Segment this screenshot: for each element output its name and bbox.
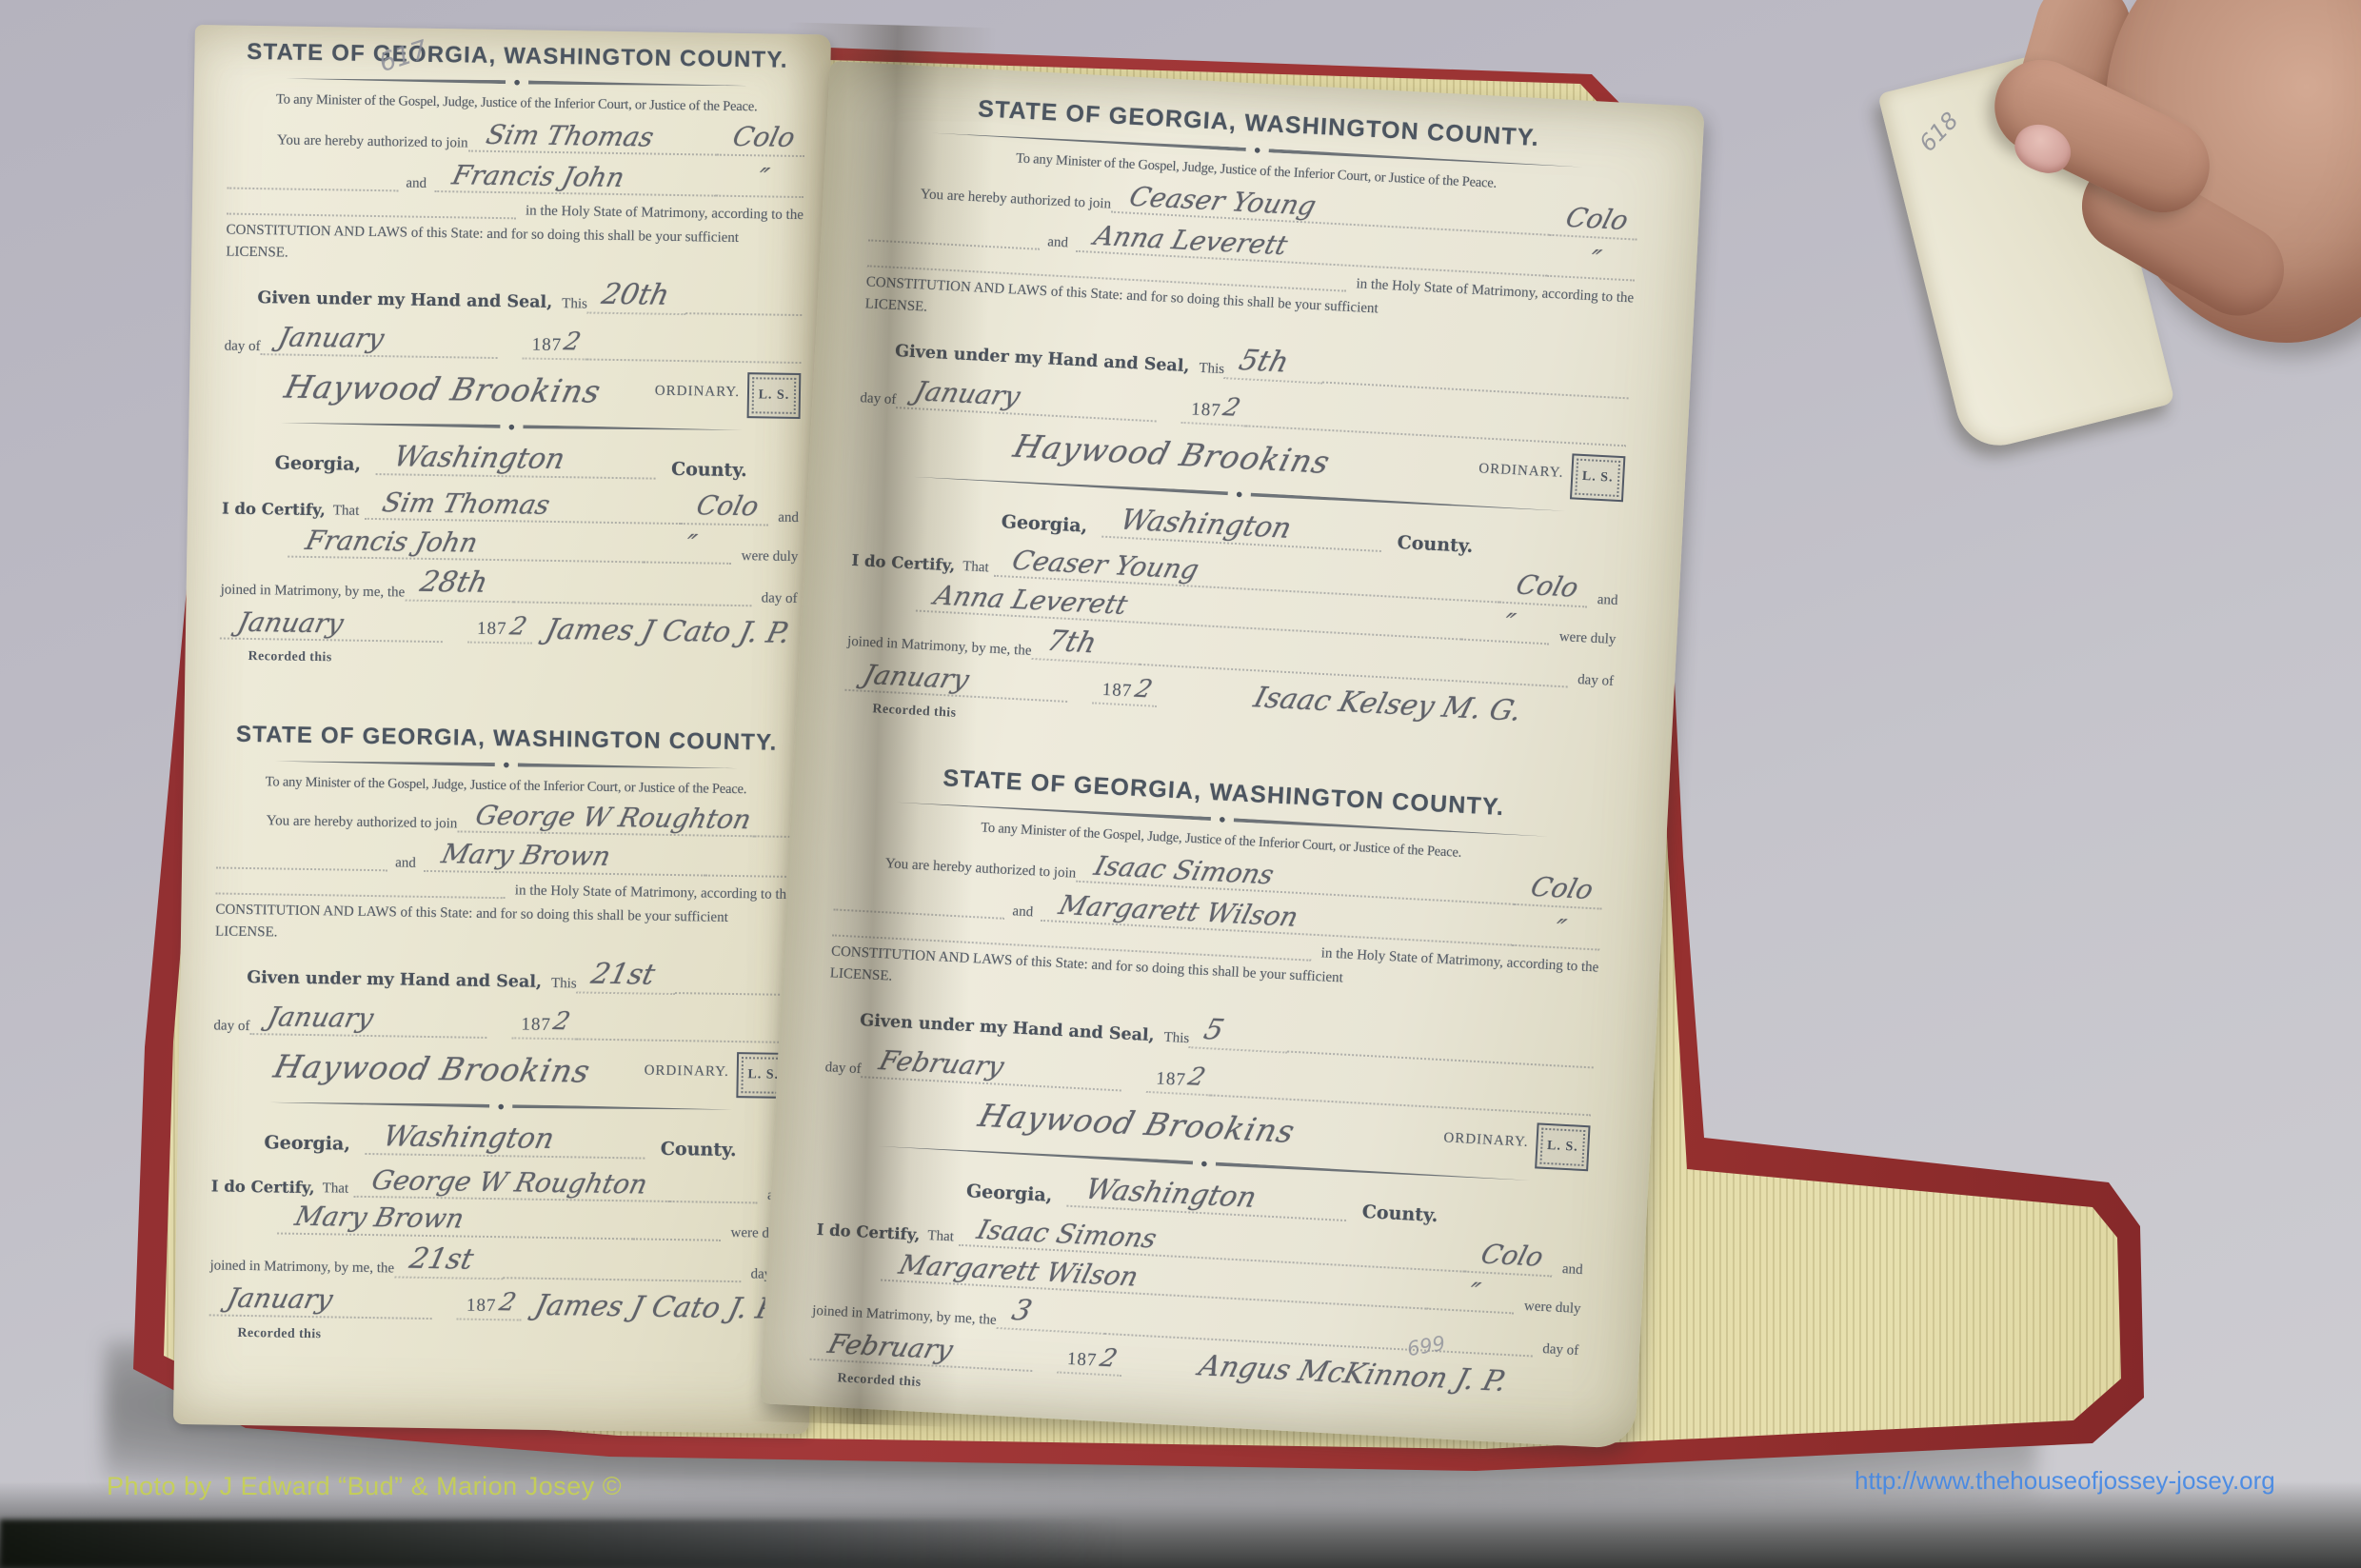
year-digit: 2 [1097,1346,1120,1373]
license-day: 21st [577,959,684,994]
recorded-label: Recorded this [248,649,796,673]
ordinary-signature: Haywood Brookins [224,370,663,410]
marriage-record-sim-thomas: STATE OF GEORGIA, WASHINGTON COUNTY. ● T… [219,39,805,674]
constitution-line: CONSTITUTION AND LAWS of this State: and… [215,902,792,927]
recorded-label: Recorded this [237,1326,785,1350]
ornament-divider: ● [275,757,738,772]
joined-label: joined in Matrimony, by me, the [812,1303,997,1329]
bride-name-certified: Francis John [303,526,480,557]
this-label: This [562,296,587,312]
groom-note-certified: Colo [1514,571,1582,602]
license-day: 5 [1189,1014,1297,1052]
married-day: 3 [996,1296,1113,1335]
georgia-label: Georgia, [275,453,362,475]
day-of-label: day of [860,390,897,408]
year-printed: 187 [521,1014,551,1035]
bride-note: ″ [1551,915,1568,943]
ordinary-label: ORDINARY. [645,1063,729,1081]
ruled-blank [227,171,398,192]
bride-row: and Francis John ″ [227,156,804,199]
ruled-blank [868,224,1041,250]
ruled-blank [216,851,387,872]
day-of-label: day of [1577,672,1615,690]
married-month-row: January 187 2 James J Cato J. P. [220,607,797,648]
and-label: and [1012,903,1034,921]
groom-name: Ceaser Young [1126,182,1319,219]
this-label: This [1163,1030,1190,1047]
ruled-blank [676,976,792,996]
license-day: 20th [587,279,694,314]
hand [1963,0,2361,434]
that-label: That [927,1228,954,1245]
certify-blackletter: I do Certify, [816,1221,921,1244]
matrimony-row: in the Holy State of Matrimony, accordin… [227,197,804,224]
ruled-blank [1288,1035,1595,1069]
and-label: and [406,175,427,191]
groom-name: Sim Thomas [484,120,656,150]
year-digit: 2 [496,1291,518,1317]
that-label: That [322,1181,348,1198]
georgia-label: Georgia, [965,1181,1052,1206]
license-month: January [265,1003,376,1033]
record-header: STATE OF GEORGIA, WASHINGTON COUNTY. [218,722,795,758]
authorize-row: You are hereby authorized to join Sim Th… [228,115,804,158]
given-blackletter: Given under my Hand and Seal, [860,1011,1155,1045]
given-row: Given under my Hand and Seal, This 21st [214,953,791,996]
ruled-blank [227,197,516,220]
certify-blackletter: I do Certify, [211,1178,315,1198]
license-month: January [911,378,1023,411]
license-label: LICENSE. [226,244,803,269]
authorize-label: You are hereby authorized to join [277,132,468,151]
joined-label: joined in Matrimony, by me, the [847,633,1032,659]
married-day: 28th [405,567,521,603]
ruled-blank [1322,366,1629,400]
groom-note: Colo [1563,204,1632,234]
county-label: County. [1397,532,1474,557]
groom-note-certified: Colo [694,492,762,521]
license-month: January [276,324,387,353]
bride-name: Margarett Wilson [1056,891,1301,931]
georgia-label: Georgia, [1001,511,1087,537]
this-label: This [1199,361,1225,378]
license-month: February [876,1047,1006,1082]
day-of-label: day of [824,1060,862,1078]
marriage-record-ceaser-young: STATE OF GEORGIA, WASHINGTON COUNTY. ● T… [843,90,1642,756]
seal-text: L. S. [759,387,790,404]
year-group: 187 2 [1092,674,1159,707]
bride-note-certified: ″ [1466,1279,1483,1307]
marriage-record-isaac-simons: STATE OF GEORGIA, WASHINGTON COUNTY. ● T… [808,760,1607,1425]
year-group: 187 2 [1057,1343,1123,1377]
seal-text: L. S. [1547,1139,1578,1156]
certify-blackletter: I do Certify, [851,551,956,575]
given-row: Given under my Hand and Seal, This 20th [225,273,802,316]
ruled-blank [513,585,752,606]
floor-shadow [0,1519,1123,1568]
bride-row: and Mary Brown [216,837,793,878]
seal-ls-stamp: L. S. [1535,1122,1590,1171]
ordinary-signature-row: Haywood Brookins ORDINARY. L. S. [224,364,802,419]
address-line: To any Minister of the Gospel, Judge, Ju… [228,91,805,117]
groom-note: Colo [1528,873,1597,903]
bride-name-certified: Anna Leverett [931,582,1130,620]
license-date-row: day of January 187 2 [225,323,802,364]
year-digit: 2 [1132,677,1155,704]
and-right-label: and [1561,1261,1583,1279]
year-group: 187 2 [511,1009,577,1040]
ruled-blank [216,876,506,899]
groom-name-certified: Isaac Simons [975,1216,1161,1253]
matrimony-label: in the Holy State of Matrimony, accordin… [515,883,793,903]
this-label: This [551,976,577,992]
year-printed: 187 [1191,399,1222,422]
year-group: 187 2 [467,613,533,644]
married-day: 7th [1031,626,1148,665]
county-label: County. [661,1139,737,1161]
seal-text: L. S. [1582,469,1614,486]
day-of-label: day of [1542,1341,1579,1360]
were-duly-label: were duly [742,548,799,566]
license-date-row: day of January 187 2 [213,1002,790,1043]
day-of-label: day of [213,1018,249,1035]
day-of-label: day of [225,338,261,355]
ordinary-signature-row: Haywood Brookins ORDINARY. L. S. [212,1043,790,1099]
ruled-blank [576,1022,790,1042]
authorize-label: You are hereby authorized to join [884,856,1076,882]
groom-name-certified: Sim Thomas [380,488,552,519]
year-digit: 2 [1220,396,1243,423]
county-label: County. [1361,1201,1438,1226]
county-label: County. [671,459,747,481]
ruled-blank [587,342,802,363]
ruled-blank [503,1261,742,1283]
left-page: STATE OF GEORGIA, WASHINGTON COUNTY. ● T… [173,25,831,1434]
officiant-signature: James J Cato J. P. [532,614,804,648]
that-label: That [333,504,360,520]
year-printed: 187 [1101,680,1133,703]
seal-ls-stamp: L. S. [1570,453,1625,502]
ornament-divider: ● [280,419,743,434]
certify-blackletter: I do Certify, [222,500,326,520]
certify-row: I do Certify, That George W Roughton and [211,1163,788,1204]
county-name: Washington [1118,506,1295,544]
ordinary-label: ORDINARY. [1478,461,1564,482]
and-right-label: and [778,510,799,526]
marriage-record-george-roughton: STATE OF GEORGIA, WASHINGTON COUNTY. ● T… [208,722,795,1350]
photo-credit-watermark: Photo by J Edward “Bud” & Marion Josey © [107,1472,622,1501]
right-page: STATE OF GEORGIA, WASHINGTON COUNTY. ● T… [760,61,1705,1449]
given-blackletter: Given under my Hand and Seal, [895,342,1190,376]
ordinary-label: ORDINARY. [1443,1131,1529,1152]
married-month: February [825,1330,956,1364]
joined-row: joined in Matrimony, by me, the 28th day… [221,565,798,607]
married-month: January [225,1284,336,1314]
authorize-label: You are hereby authorized to join [267,814,458,833]
year-printed: 187 [532,334,563,355]
married-month-row: January 187 2 James J Cato J. P. [209,1284,786,1325]
groom-name: George W Roughton [472,802,753,834]
website-watermark: http://www.thehouseofjossey-josey.org [1855,1466,2275,1496]
and-label: and [1047,234,1069,251]
groom-name: Isaac Simons [1091,852,1277,889]
photo-of-record-book: STATE OF GEORGIA, WASHINGTON COUNTY. ● T… [0,0,2361,1568]
day-of-label: day of [762,590,798,607]
ruled-blank [833,893,1005,920]
ordinary-label: ORDINARY. [655,384,740,401]
year-printed: 187 [466,1295,497,1316]
georgia-label: Georgia, [264,1132,350,1154]
georgia-county-row: Georgia, Washington County. [223,439,800,482]
license-label: LICENSE. [215,923,792,949]
groom-note: Colo [730,123,798,151]
certify-bride-row: Mary Brown were duly [210,1201,787,1242]
year-digit: 2 [1185,1065,1208,1092]
year-digit: 2 [562,330,584,356]
certify-row: I do Certify, That Sim Thomas Colo and [222,485,799,527]
year-group: 187 2 [1180,393,1247,427]
ordinary-signature: Haywood Brookins [213,1050,652,1090]
groom-name-certified: Ceaser Young [1009,546,1201,584]
seal-text: L. S. [747,1067,779,1083]
address-line: To any Minister of the Gospel, Judge, Ju… [217,774,794,800]
county-name: Washington [1082,1175,1260,1213]
year-group: 187 2 [522,329,587,360]
constitution-line: CONSTITUTION AND LAWS of this State: and… [226,222,803,248]
given-blackletter: Given under my Hand and Seal, [247,968,542,992]
married-day: 21st [394,1243,510,1279]
record-header: STATE OF GEORGIA, WASHINGTON COUNTY. [228,39,805,75]
bride-note-certified: ″ [683,530,699,558]
married-month: January [235,608,347,638]
authorize-label: You are hereby authorized to join [920,187,1111,212]
year-printed: 187 [477,619,507,640]
bride-name-certified: Mary Brown [292,1202,466,1233]
bride-name: Mary Brown [439,841,613,871]
groom-note-certified: Colo [1478,1241,1547,1271]
bride-name-certified: Margarett Wilson [896,1251,1141,1291]
year-digit: 2 [551,1009,573,1035]
bride-note-certified: ″ [1500,609,1518,638]
bride-note: ″ [755,164,771,191]
georgia-county-row: Georgia, Washington County. [211,1119,788,1161]
were-duly-label: were duly [1523,1299,1580,1318]
and-label: and [395,855,416,871]
that-label: That [962,559,989,576]
year-group: 187 2 [1146,1062,1213,1096]
ornament-divider: ● [286,75,748,90]
joined-label: joined in Matrimony, by me, the [221,582,406,601]
given-blackletter: Given under my Hand and Seal, [257,288,552,312]
officiant-signature: James J Cato J. P. [522,1291,793,1325]
joined-row: joined in Matrimony, by me, the 21st day… [209,1241,786,1283]
year-printed: 187 [1066,1349,1098,1372]
ruled-blank [686,297,803,317]
bride-name: Francis John [449,161,626,191]
county-name: Washington [381,1121,558,1154]
year-digit: 2 [506,614,528,640]
matrimony-label: in the Holy State of Matrimony, accordin… [526,203,804,224]
right-page-number: 618 [1915,107,1964,156]
license-day: 5th [1224,345,1332,383]
authorize-row: You are hereby authorized to join George… [217,798,794,839]
bride-name: Anna Leverett [1091,222,1290,260]
certify-bride-row: Francis John ″ were duly [221,524,798,566]
joined-label: joined in Matrimony, by me, the [209,1259,394,1278]
ornament-divider: ● [269,1099,732,1114]
county-name: Washington [391,442,568,474]
year-group: 187 2 [457,1290,523,1320]
bride-note: ″ [1586,246,1603,274]
groom-name-certified: George W Roughton [369,1166,650,1199]
seal-ls-stamp: L. S. [747,372,802,419]
were-duly-label: were duly [1558,629,1616,648]
year-printed: 187 [1156,1068,1187,1091]
married-month: January [861,661,973,694]
matrimony-row: in the Holy State of Matrimony, accordin… [216,876,793,903]
and-right-label: and [1597,592,1618,609]
